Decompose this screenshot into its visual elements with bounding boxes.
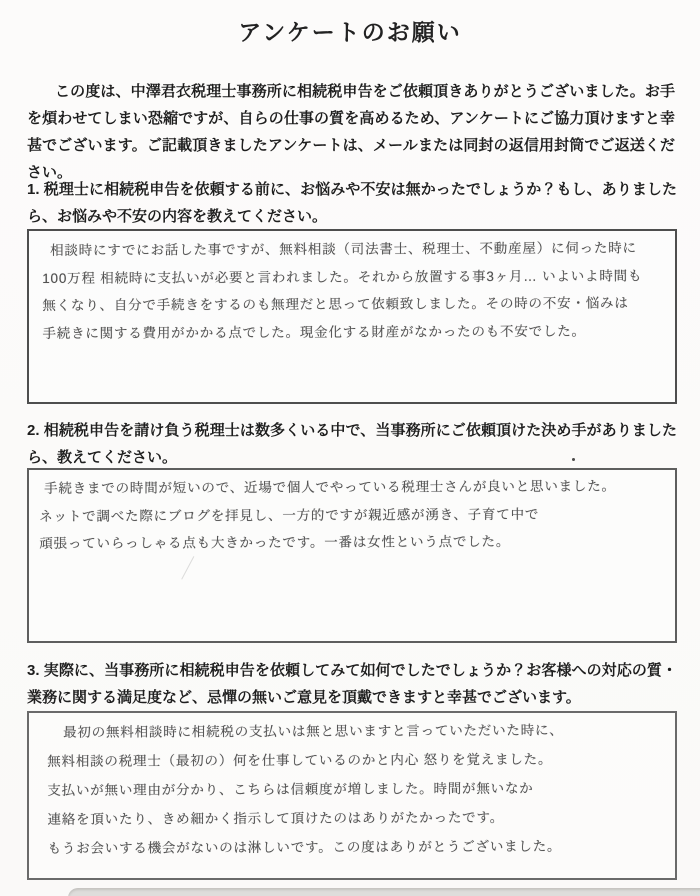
- pen-dot-mark: [572, 458, 575, 461]
- handwritten-line: 100万程 相続時に支払いが必要と言われました。それから放置する事3ヶ月… いよ…: [42, 262, 669, 292]
- handwritten-line: 無料相談の税理士（最初の）何を仕事しているのかと内心 怒りを覚えました。: [47, 744, 669, 776]
- handwritten-line: もうお会いする機会がないのは淋しいです。この度はありがとうございました。: [48, 831, 670, 863]
- question-1-answer-box: 相談時にすでにお話した事ですが、無料相談（司法書士、税理士、不動産屋）に伺った時…: [27, 229, 677, 404]
- question-2-handwritten-answer: 手続きまでの時間が短いので、近場で個人でやっている税理士さんが良いと思いました。…: [29, 468, 675, 557]
- page-title: アンケートのお願い: [0, 14, 700, 47]
- scan-page-edge-shadow: [68, 888, 700, 896]
- handwritten-line: ネットで調べた際にブログを拝見し、一方的ですが親近感が湧き、子育て中で: [39, 500, 669, 530]
- question-3-label: 3. 実際に、当事務所に相続税申告を依頼してみて如何でしたでしょうか？お客様への…: [27, 657, 677, 711]
- handwritten-line: 無くなり、自分で手続きをするのも無理だと思って依頼致しました。その時の不安・悩み…: [42, 289, 669, 319]
- handwritten-line: 相談時にすでにお話した事ですが、無料相談（司法書士、税理士、不動産屋）に伺った時…: [42, 234, 669, 264]
- handwritten-line: 手続きに関する費用がかかる点でした。現金化する財産がなかったのも不安でした。: [42, 317, 669, 347]
- handwritten-line: 支払いが無い理由が分かり、こちらは信頼度が増しました。時間が無いなか: [47, 773, 669, 805]
- intro-paragraph: この度は、中澤君衣税理士事務所に相続税申告をご依頼頂きありがとうございました。お…: [27, 78, 675, 186]
- handwritten-line: 頑張っていらっしゃる点も大きかったです。一番は女性という点でした。: [39, 527, 669, 557]
- survey-document: アンケートのお願い この度は、中澤君衣税理士事務所に相続税申告をご依頼頂きありが…: [0, 0, 700, 896]
- handwritten-line: 最初の無料相談時に相続税の支払いは無と思いますと言っていただいた時に、: [47, 715, 669, 747]
- handwritten-line: 手続きまでの時間が短いので、近場で個人でやっている税理士さんが良いと思いました。: [39, 472, 669, 502]
- question-1-handwritten-answer: 相談時にすでにお話した事ですが、無料相談（司法書士、税理士、不動産屋）に伺った時…: [29, 229, 676, 347]
- handwritten-line: 連絡を頂いたり、きめ細かく指示して頂けたのはありがたかったです。: [47, 802, 669, 834]
- question-1-label: 1. 税理士に相続税申告を依頼する前に、お悩みや不安は無かったでしょうか？もし、…: [27, 176, 677, 230]
- question-3-answer-box: 最初の無料相談時に相続税の支払いは無と思いますと言っていただいた時に、 無料相談…: [27, 711, 677, 880]
- question-3-handwritten-answer: 最初の無料相談時に相続税の支払いは無と思いますと言っていただいた時に、 無料相談…: [29, 711, 676, 863]
- question-2-label: 2. 相続税申告を請け負う税理士は数多くいる中で、当事務所にご依頼頂けた決め手が…: [27, 417, 677, 471]
- question-2-answer-box: 手続きまでの時間が短いので、近場で個人でやっている税理士さんが良いと思いました。…: [27, 468, 677, 643]
